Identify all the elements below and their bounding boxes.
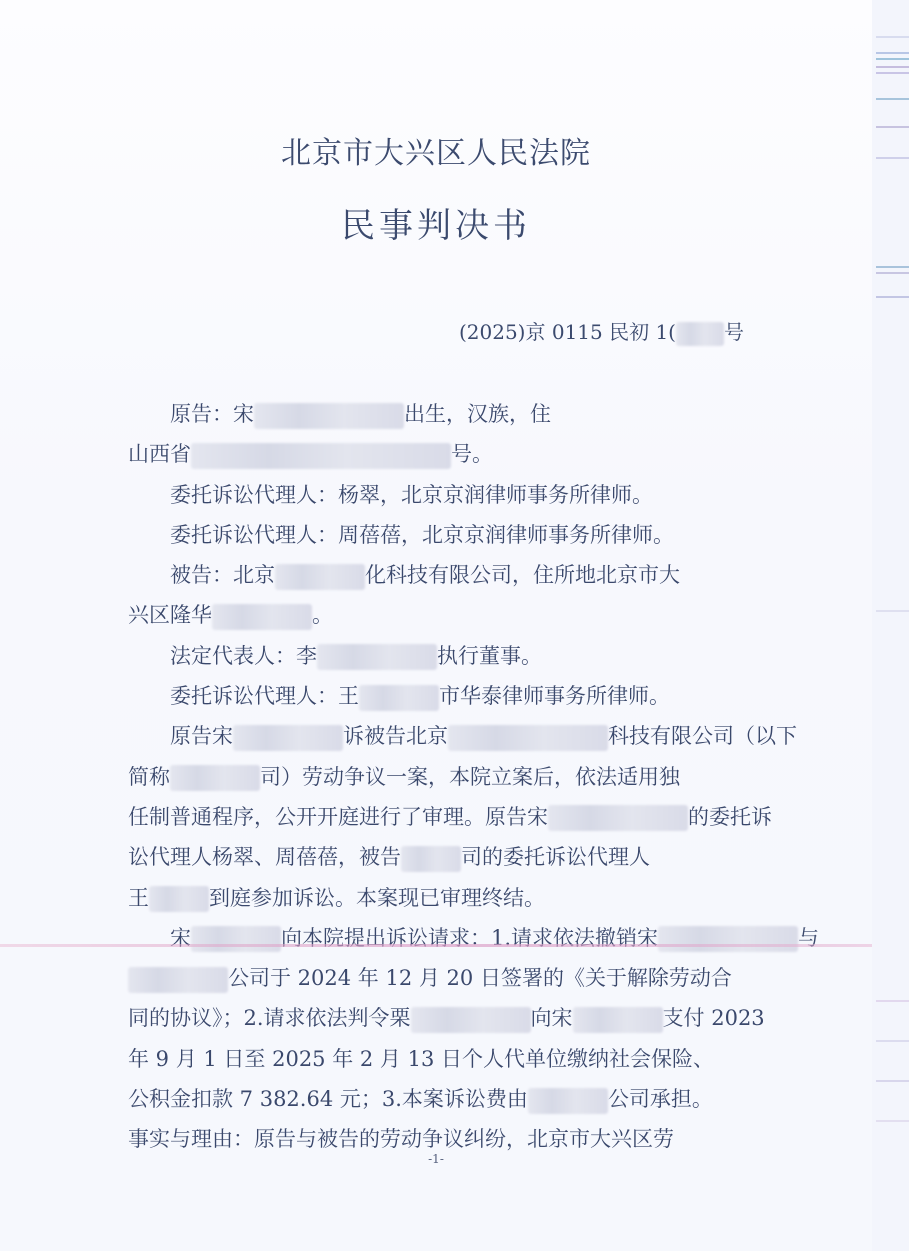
redaction-block [359,685,439,711]
scan-edge-strip [872,0,909,1251]
paragraph-defendant-line: 兴区隆华。 [128,595,748,635]
text-segment: 诉被告北京 [343,724,448,748]
redaction-block [254,403,404,429]
text-segment: 向宋 [531,1006,573,1030]
redaction-block [170,765,260,791]
text-segment: 委托诉讼代理人：王 [170,684,359,708]
judgment-body: 原告：宋出生，汉族，住山西省号。委托诉讼代理人：杨翠，北京京润律师事务所律师。委… [128,394,748,1160]
paragraph-claims-line: 同的协议》；2.请求依法判令栗向宋支付 2023 [128,998,748,1038]
case-number-suffix: 号 [724,320,744,344]
redaction-block [128,967,228,993]
paragraph-plaintiff-agent-1-line: 委托诉讼代理人：杨翠，北京京润律师事务所律师。 [128,475,748,515]
text-segment: 委托诉讼代理人：周蓓蓓，北京京润律师事务所律师。 [170,523,674,547]
paragraph-case-intro-line: 王到庭参加诉讼。本案现已审理终结。 [128,878,748,918]
text-segment: 公司承担。 [608,1087,713,1111]
redaction-block [528,1088,608,1114]
text-segment: 司的委托诉讼代理人 [461,845,650,869]
text-segment: 执行董事。 [437,644,542,668]
text-segment: 法定代表人：李 [170,644,317,668]
court-name: 北京市大兴区人民法院 [0,128,872,172]
text-segment: 科技有限公司（以下 [608,724,797,748]
case-number-prefix: (2025)京 0115 民初 1( [459,320,676,344]
paragraph-claims-line: 公司于 2024 年 12 月 20 日签署的《关于解除劳动合 [128,958,748,998]
paragraph-case-intro-line: 原告宋诉被告北京科技有限公司（以下 [128,716,748,756]
text-segment: 被告：北京 [170,563,275,587]
text-segment: 简称 [128,765,170,789]
text-segment: 司）劳动争议一案，本院立案后，依法适用独 [260,765,680,789]
text-segment: 公司于 2024 年 12 月 20 日签署的《关于解除劳动合 [228,966,732,990]
text-segment: 讼代理人杨翠、周蓓蓓，被告 [128,845,401,869]
redaction-block [275,564,365,590]
text-segment: 市华泰律师事务所律师。 [439,684,670,708]
document-type-title: 民事判决书 [0,198,872,247]
text-segment: 王 [128,886,149,910]
paragraph-plaintiff-line: 山西省号。 [128,434,748,474]
redaction-block [233,725,343,751]
case-number: (2025)京 0115 民初 1(号 [459,316,744,346]
redaction-block [448,725,608,751]
text-segment: 出生，汉族，住 [404,402,551,426]
redaction-block [676,322,724,346]
text-segment: 山西省 [128,442,191,466]
redaction-block [191,926,281,952]
text-segment: 。 [312,603,333,627]
redaction-block [317,644,437,670]
text-segment: 事实与理由：原告与被告的劳动争议纠纷，北京市大兴区劳 [128,1127,674,1151]
text-segment: 委托诉讼代理人：杨翠，北京京润律师事务所律师。 [170,483,653,507]
text-segment: 年 9 月 1 日至 2025 年 2 月 13 日个人代单位缴纳社会保险、 [128,1047,714,1071]
scan-fold-line [0,944,909,947]
paragraph-claims-line: 宋向本院提出诉讼请求：1.请求依法撤销宋与 [128,918,748,958]
paragraph-plaintiff-agent-2-line: 委托诉讼代理人：周蓓蓓，北京京润律师事务所律师。 [128,515,748,555]
paragraph-legal-rep-line: 法定代表人：李执行董事。 [128,636,748,676]
text-segment: 原告宋 [170,724,233,748]
text-segment: 化科技有限公司，住所地北京市大 [365,563,680,587]
paragraph-claims-line: 年 9 月 1 日至 2025 年 2 月 13 日个人代单位缴纳社会保险、 [128,1039,748,1079]
redaction-block [149,886,209,912]
paragraph-case-intro-line: 简称司）劳动争议一案，本院立案后，依法适用独 [128,757,748,797]
redaction-block [658,926,798,952]
text-segment: 到庭参加诉讼。本案现已审理终结。 [209,886,545,910]
paragraph-claims-line: 公积金扣款 7 382.64 元；3.本案诉讼费由公司承担。 [128,1079,748,1119]
text-segment: 兴区隆华 [128,603,212,627]
redaction-block [411,1007,531,1033]
redaction-block [401,846,461,872]
text-segment: 公积金扣款 7 382.64 元；3.本案诉讼费由 [128,1087,528,1111]
redaction-block [573,1007,663,1033]
redaction-block [212,604,312,630]
paragraph-plaintiff-line: 原告：宋出生，汉族，住 [128,394,748,434]
paragraph-case-intro-line: 讼代理人杨翠、周蓓蓓，被告司的委托诉讼代理人 [128,837,748,877]
text-segment: 原告：宋 [170,402,254,426]
text-segment: 任制普通程序，公开开庭进行了审理。原告宋 [128,805,548,829]
paragraph-defendant-agent-line: 委托诉讼代理人：王市华泰律师事务所律师。 [128,676,748,716]
redaction-block [548,805,688,831]
page-number: -1- [0,1152,872,1166]
text-segment: 号。 [451,442,493,466]
text-segment: 支付 2023 [663,1006,765,1030]
paragraph-defendant-line: 被告：北京化科技有限公司，住所地北京市大 [128,555,748,595]
redaction-block [191,443,451,469]
document-page: 北京市大兴区人民法院 民事判决书 (2025)京 0115 民初 1(号 原告：… [0,0,872,1251]
text-segment: 同的协议》；2.请求依法判令栗 [128,1006,411,1030]
paragraph-case-intro-line: 任制普通程序，公开开庭进行了审理。原告宋的委托诉 [128,797,748,837]
text-segment: 的委托诉 [688,805,772,829]
